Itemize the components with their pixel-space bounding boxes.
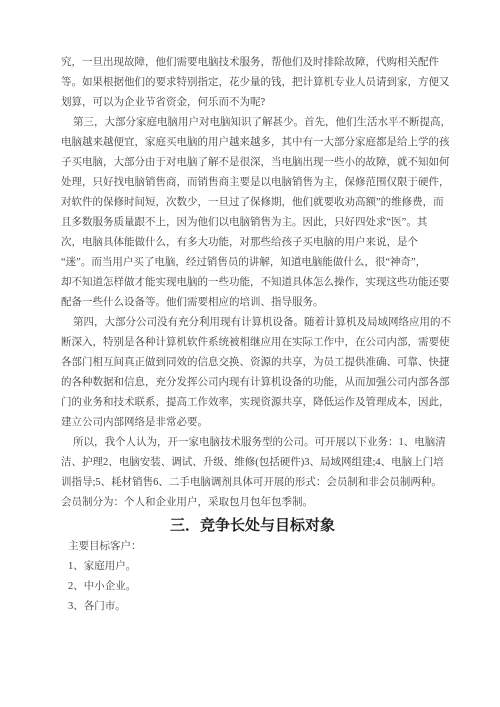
- text-line: 各部门相互间真正做到同效的信息交换、资源的共享，为员工提供准确、可靠、快捷: [61, 353, 444, 373]
- text-line: 配备一些什么设备等。他们需要相应的培训、指导服务。: [61, 293, 444, 313]
- text-line: 断深入，特别是各种计算机软件系统被相继应用在实际工作中，在公司内部，需要使: [61, 333, 444, 353]
- paragraph: 所以，我个人认为，开一家电脑技术服务型的公司。可开展以下业务：1、电脑清洁、护理…: [61, 433, 444, 513]
- text-line: 的各种数据和信息，充分发挥公司内现有计算机设备的功能，从而加强公司内部各部: [61, 373, 444, 393]
- body-text: 究，一旦出现故障，他们需要电脑技术服务，帮他们及时排除故障，代购相关配件等。如果…: [61, 53, 444, 513]
- target-customers-section: 主要目标客户： 1、家庭用户。2、中小企业。3、各门市。: [68, 537, 444, 617]
- text-line: 电脑越来越便宜，家庭买电脑的用户越来越多，其中有一大部分家庭都是给上学的孩: [61, 133, 444, 153]
- list-item: 2、中小企业。: [68, 577, 444, 597]
- text-line: 训指导;5、耗材销售6、二手电脑调剂具体可开展的形式：会员制和非会员制两种。: [61, 473, 444, 493]
- list-item: 3、各门市。: [68, 597, 444, 617]
- section-heading: 三．竞争长处与目标对象: [61, 515, 444, 537]
- text-line: 究，一旦出现故障，他们需要电脑技术服务，帮他们及时排除故障，代购相关配件: [61, 53, 444, 73]
- paragraph: 第三，大部分家庭电脑用户对电脑知识了解甚少。首先，他们生活水平不断提高，电脑越来…: [61, 113, 444, 313]
- text-line: 门的业务和技术联系，提高工作效率，实现资源共享，降低运作及管理成本，因此，: [61, 393, 444, 413]
- text-line: 建立公司内部网络是非常必要。: [61, 413, 444, 433]
- paragraph: 第四，大部分公司没有充分利用现有计算机设备。随着计算机及局域网络应用的不断深入，…: [61, 313, 444, 433]
- text-line: 第三，大部分家庭电脑用户对电脑知识了解甚少。首先，他们生活水平不断提高，: [61, 113, 444, 133]
- text-line: 子买电脑，大部分由于对电脑了解不是很深，当电脑出现一些小的故障，就不知如何: [61, 153, 444, 173]
- list-item: 1、家庭用户。: [68, 557, 444, 577]
- text-line: 所以，我个人认为，开一家电脑技术服务型的公司。可开展以下业务：1、电脑清: [61, 433, 444, 453]
- document-page: 究，一旦出现故障，他们需要电脑技术服务，帮他们及时排除故障，代购相关配件等。如果…: [0, 0, 500, 707]
- text-line: 会员制分为：个人和企业用户，采取包月包年包季制。: [61, 493, 444, 513]
- text-line: 却不知道怎样做才能实现电脑的一些功能，不知道具体怎么操作，实现这些功能还要: [61, 273, 444, 293]
- text-line: 且多数服务质量跟不上，因为他们以电脑销售为主。因此，只好四处求“医”。其: [61, 213, 444, 233]
- text-line: “迷”。而当用户买了电脑，经过销售员的讲解，知道电脑能做什么，很“神奇”，: [61, 253, 444, 273]
- text-line: 划算，可以为企业节省资金，何乐而不为呢?: [61, 93, 444, 113]
- target-customers-label: 主要目标客户：: [68, 537, 444, 557]
- text-line: 次，电脑具体能做什么，有多大功能，对那些给孩子买电脑的用户来说，是个: [61, 233, 444, 253]
- paragraph: 究，一旦出现故障，他们需要电脑技术服务，帮他们及时排除故障，代购相关配件等。如果…: [61, 53, 444, 113]
- text-line: 处理，只好找电脑销售商，而销售商主要是以电脑销售为主，保修范围仅限于硬件，: [61, 173, 444, 193]
- text-line: 第四，大部分公司没有充分利用现有计算机设备。随着计算机及局域网络应用的不: [61, 313, 444, 333]
- target-customers-list: 1、家庭用户。2、中小企业。3、各门市。: [68, 557, 444, 617]
- text-line: 等。如果根据他们的要求特别指定，花少量的钱，把计算机专业人员请到家，方便又: [61, 73, 444, 93]
- text-line: 对软件的保修时间短，次数少，一旦过了保修期，他们就要收劝高额”的维修费，而: [61, 193, 444, 213]
- text-line: 洁、护理2、电脑安装、调试、升级、维修(包括硬件)3、局域网组建;4、电脑上门培: [61, 453, 444, 473]
